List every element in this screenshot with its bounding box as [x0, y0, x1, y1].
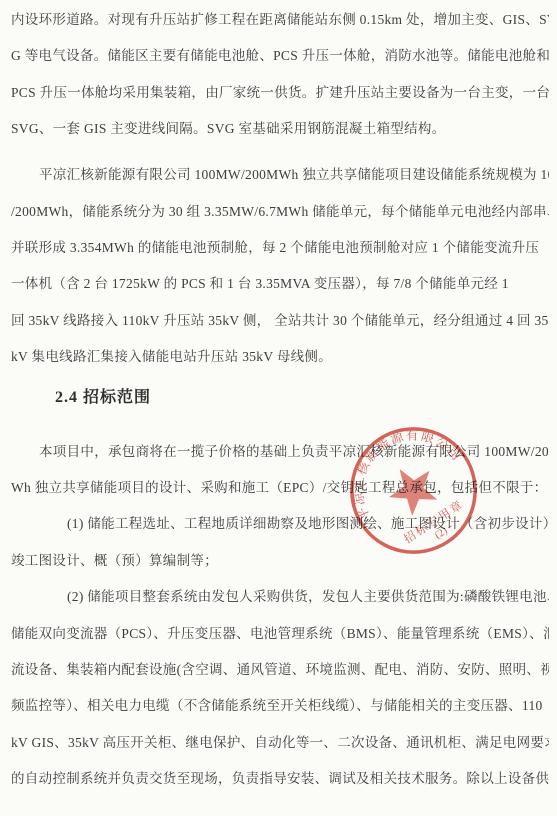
text-line: 的自动控制系统并负责交货至现场，负责指导安装、调试及相关技术服务。除以上设备供	[11, 761, 549, 797]
text-line: 流设备、集装箱内配套设施(含空调、通风管道、环境监测、配电、消防、安防、照明、视	[11, 652, 549, 688]
text-line: 频监控等）、相关电力电缆（不含储能系统至开关柜线缆）、与储能相关的主变压器、11…	[11, 688, 549, 724]
text-line: PCS 升压一体舱均采用集装箱，由厂家统一供货。扩建升压站主要设备为一台主变，一…	[11, 75, 549, 111]
text-line: SVG、一套 GIS 主变进线间隔。SVG 室基础采用钢筋混凝土箱型结构。	[11, 111, 549, 147]
document-body: 内设环形道路。对现有升压站扩修工程在距离储能站东侧 0.15km 处，增加主变、…	[11, 2, 549, 797]
text-line: 内设环形道路。对现有升压站扩修工程在距离储能站东侧 0.15km 处，增加主变、…	[11, 2, 549, 38]
text-line: /200MWh，储能系统分为 30 组 3.35MW/6.7MWh 储能单元，每…	[11, 194, 549, 230]
text-line: 平凉汇核新能源有限公司 100MW/200MWh 独立共享储能项目建设储能系统规…	[11, 157, 549, 193]
text-line: (1) 储能工程选址、工程地质详细勘察及地形图测绘、施工图设计（含初步设计）、	[11, 506, 549, 542]
text-line: kV GIS、35kV 高压开关柜、继电保护、自动化等一、二次设备、通讯机柜、满…	[11, 725, 549, 761]
text-line: (2) 储能项目整套系统由发包人采购供货，发包人主要供货范围为:磷酸铁锂电池、	[11, 579, 549, 615]
text-line: 并联形成 3.354MWh 的储能电池预制舱，每 2 个储能电池预制舱对应 1 …	[11, 230, 549, 266]
paragraph: (1) 储能工程选址、工程地质详细勘察及地形图测绘、施工图设计（含初步设计）、竣…	[11, 506, 549, 579]
text-line: G 等电气设备。储能区主要有储能电池舱、PCS 升压一体舱，消防水池等。储能电池…	[11, 38, 549, 74]
text-line: Wh 独立共享储能项目的设计、采购和施工（EPC）/交钥匙工程总承包，包括但不限…	[11, 470, 549, 506]
text-line: 本项目中，承包商将在一揽子价格的基础上负责平凉汇核新能源有限公司 100MW/2…	[11, 434, 549, 470]
heading-line: 2.4 招标范围	[11, 380, 549, 416]
paragraph: 平凉汇核新能源有限公司 100MW/200MWh 独立共享储能项目建设储能系统规…	[11, 157, 549, 375]
text-line: 回 35kV 线路接入 110kV 升压站 35kV 侧， 全站共计 30 个储…	[11, 303, 549, 339]
text-line: 储能双向变流器（PCS）、升压变压器、电池管理系统（BMS）、能量管理系统（EM…	[11, 616, 549, 652]
paragraph: 本项目中，承包商将在一揽子价格的基础上负责平凉汇核新能源有限公司 100MW/2…	[11, 434, 549, 507]
section-heading: 2.4 招标范围	[11, 380, 549, 416]
text-line: kV 集电线路汇集接入储能电站升压站 35kV 母线侧。	[11, 339, 549, 375]
paragraph: (2) 储能项目整套系统由发包人采购供货，发包人主要供货范围为:磷酸铁锂电池、储…	[11, 579, 549, 797]
text-line: 一体机（含 2 台 1725kW 的 PCS 和 1 台 3.35MVA 变压器…	[11, 266, 549, 302]
paragraph: 内设环形道路。对现有升压站扩修工程在距离储能站东侧 0.15km 处，增加主变、…	[11, 2, 549, 147]
text-line: 竣工图设计、概（预）算编制等；	[11, 543, 549, 579]
document-page: 内设环形道路。对现有升压站扩修工程在距离储能站东侧 0.15km 处，增加主变、…	[0, 0, 557, 816]
